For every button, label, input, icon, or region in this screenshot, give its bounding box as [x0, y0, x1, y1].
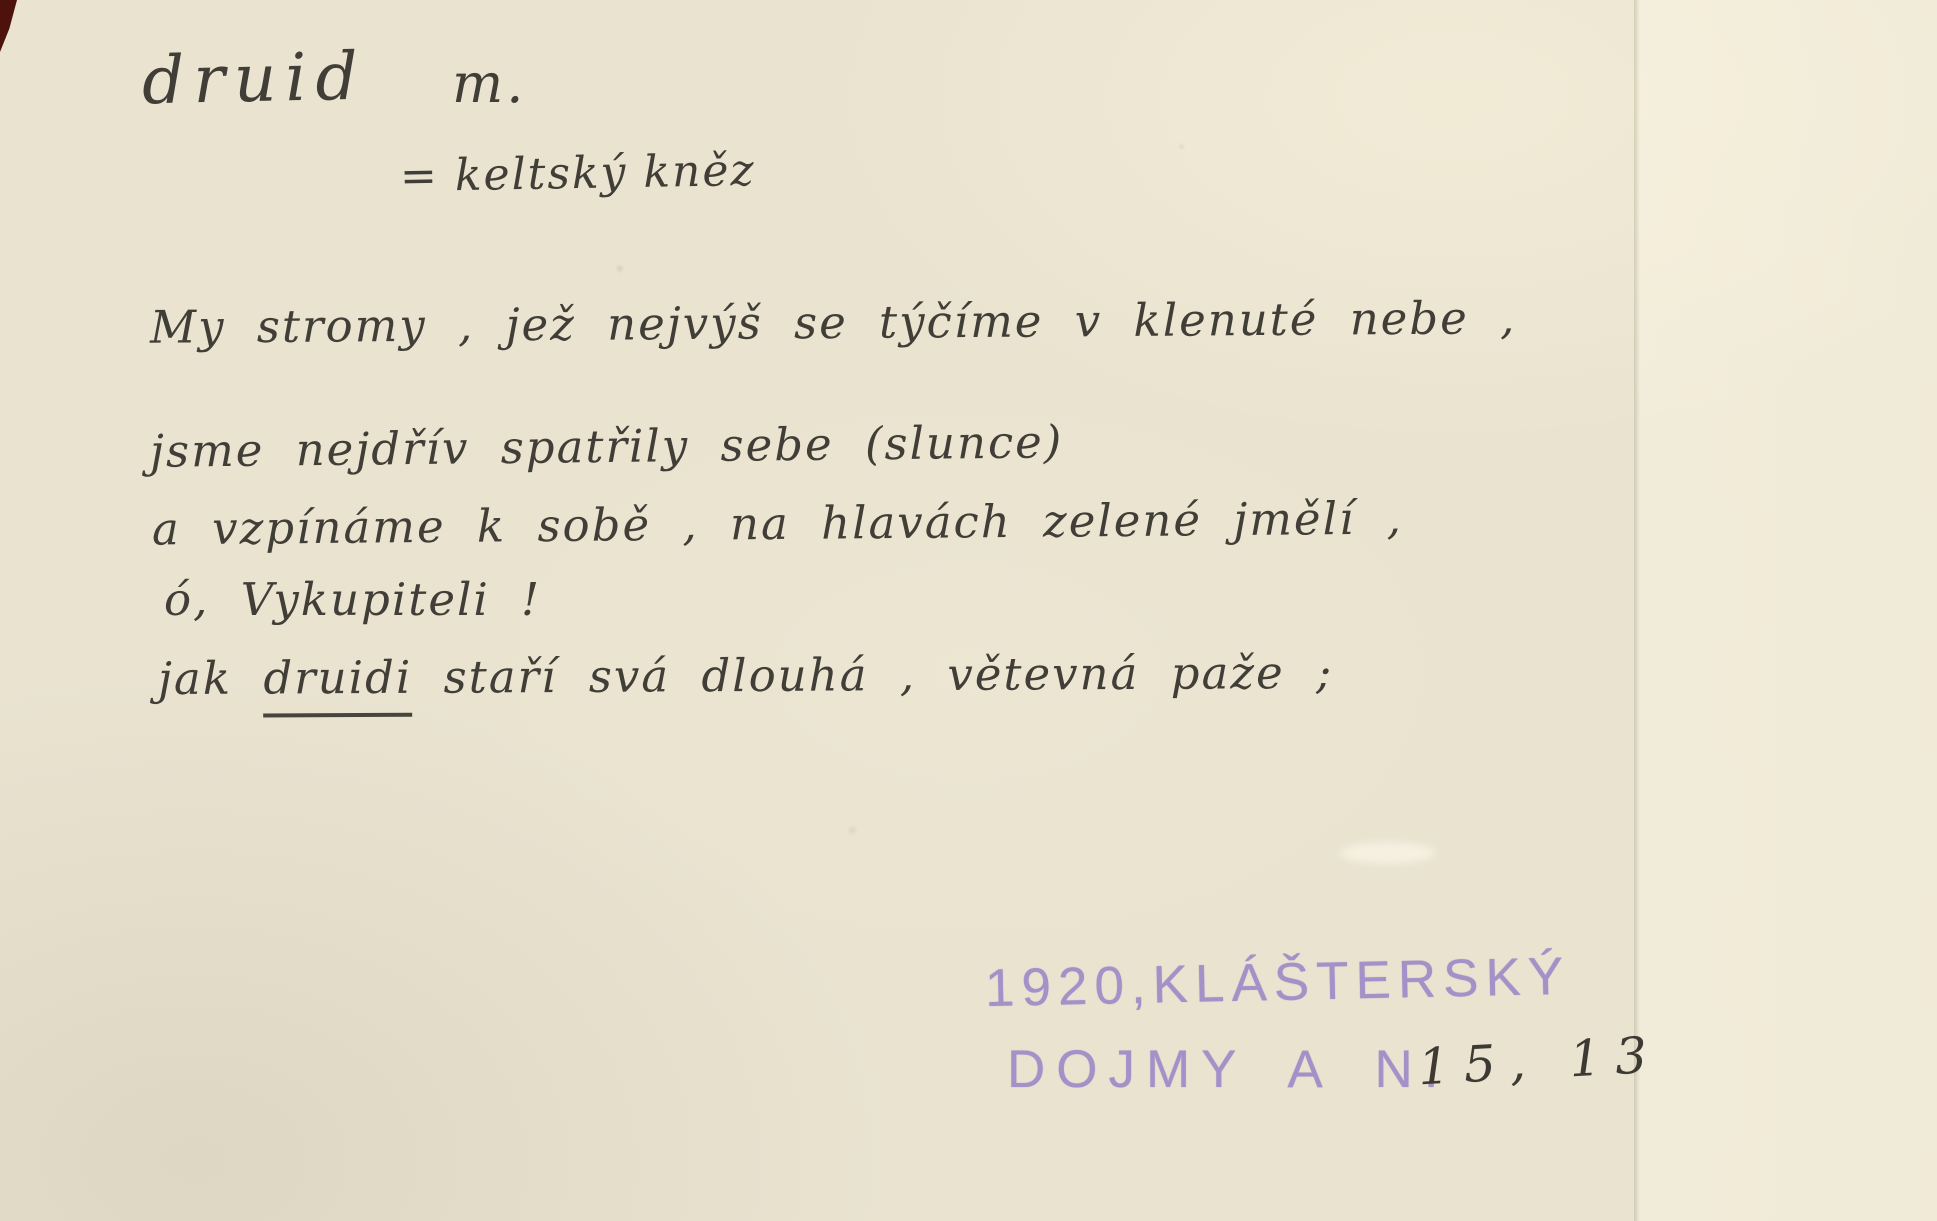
underlined-word-druidi: druidi: [263, 651, 412, 718]
poem-line-3: a vzpínáme k sobě , na hlavách zelené jm…: [152, 492, 1403, 556]
stamp-year-author: 1920,KLÁŠTERSKÝ: [984, 946, 1570, 1019]
poem-line-1: My stromy , jež nejvýš se týčíme v klenu…: [150, 291, 1517, 354]
poem-line-5-pre: jak: [158, 652, 264, 706]
poem-line-2: jsme nejdřív spatřily sebe (slunce): [150, 415, 1064, 478]
archive-card-scan: druid m. = keltský kněz My stromy , jež …: [0, 0, 1937, 1221]
poem-line-4: ó, Vykupiteli !: [164, 573, 541, 626]
gender-abbreviation: m.: [452, 52, 526, 115]
poem-line-5: jak druidi staří svá dlouhá , větevná pa…: [158, 646, 1333, 705]
paper-stain: [1340, 842, 1435, 864]
handwritten-reference: 15, 13: [1417, 1026, 1663, 1097]
definition: = keltský kněz: [400, 145, 756, 202]
headword: druid: [141, 38, 367, 120]
paper-edge-crease: [1634, 0, 1937, 1221]
poem-line-5-post: staří svá dlouhá , větevná paže ;: [412, 646, 1333, 704]
corner-stain: [0, 0, 17, 52]
